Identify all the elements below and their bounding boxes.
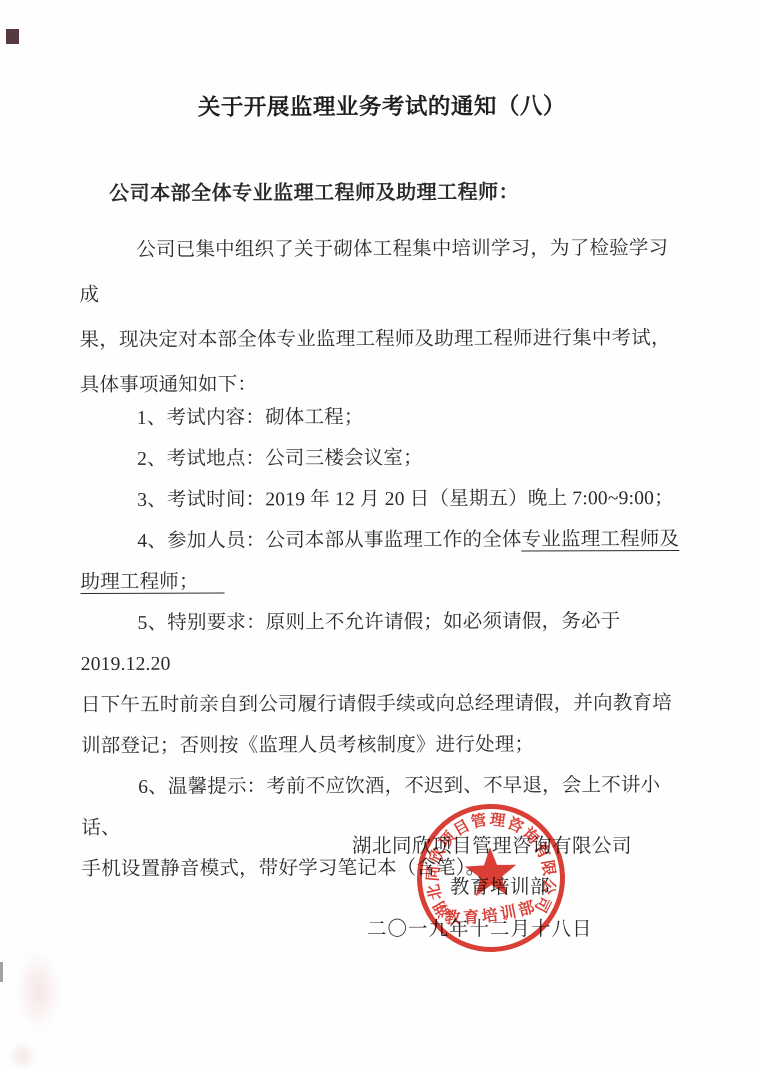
stamp-bottom-text: 教育培训部 [444,896,540,927]
notice-document: 关于开展监理业务考试的通知（八） 公司本部全体专业监理工程师及助理工程师： 公司… [78,0,687,890]
star-icon [464,846,517,897]
scanned-notice-page: { "document": { "title": "关于开展监理业务考试的通知（… [0,0,760,1070]
scan-edge-mark [0,962,3,982]
scan-corner-mark [6,29,19,44]
item-friendly-reminder: 6、温馨提示：考前不应饮酒，不迟到、不早退，会上不讲小话、 手机设置静音模式，带… [81,765,687,890]
intro-paragraph: 公司已集中组织了关于砌体工程集中培训学习，为了检验学习成 果，现决定对本部全体专… [79,226,686,408]
scan-smudge-bottom [8,1042,38,1070]
salutation-line: 公司本部全体专业监理工程师及助理工程师： [109,175,685,206]
notice-items: 1、考试内容：砌体工程； 2、考试地点：公司三楼会议室； 3、考试时间：2019… [80,396,688,890]
item-exam-time: 3、考试时间：2019 年 12 月 20 日（星期五）晚上 7:00~9:00… [80,478,686,521]
item-special-requirements: 5、特别要求：原则上不允许请假；如必须请假，务必于 2019.12.20 日下午… [81,601,688,767]
item-participants: 4、参加人员：公司本部从事监理工作的全体专业监理工程师及 助理工程师； [80,519,686,603]
scan-smudge [16,948,61,1033]
item-participants-prefix: 4、参加人员：公司本部从事监理工作的全体 [137,530,521,552]
item-exam-location: 2、考试地点：公司三楼会议室； [80,437,686,480]
item-exam-content: 1、考试内容：砌体工程； [80,396,686,439]
notice-title: 关于开展监理业务考试的通知（八） [78,0,684,122]
company-seal-stamp: 湖北同欣项目管理咨询有限公司 教育培训部 [388,775,595,982]
